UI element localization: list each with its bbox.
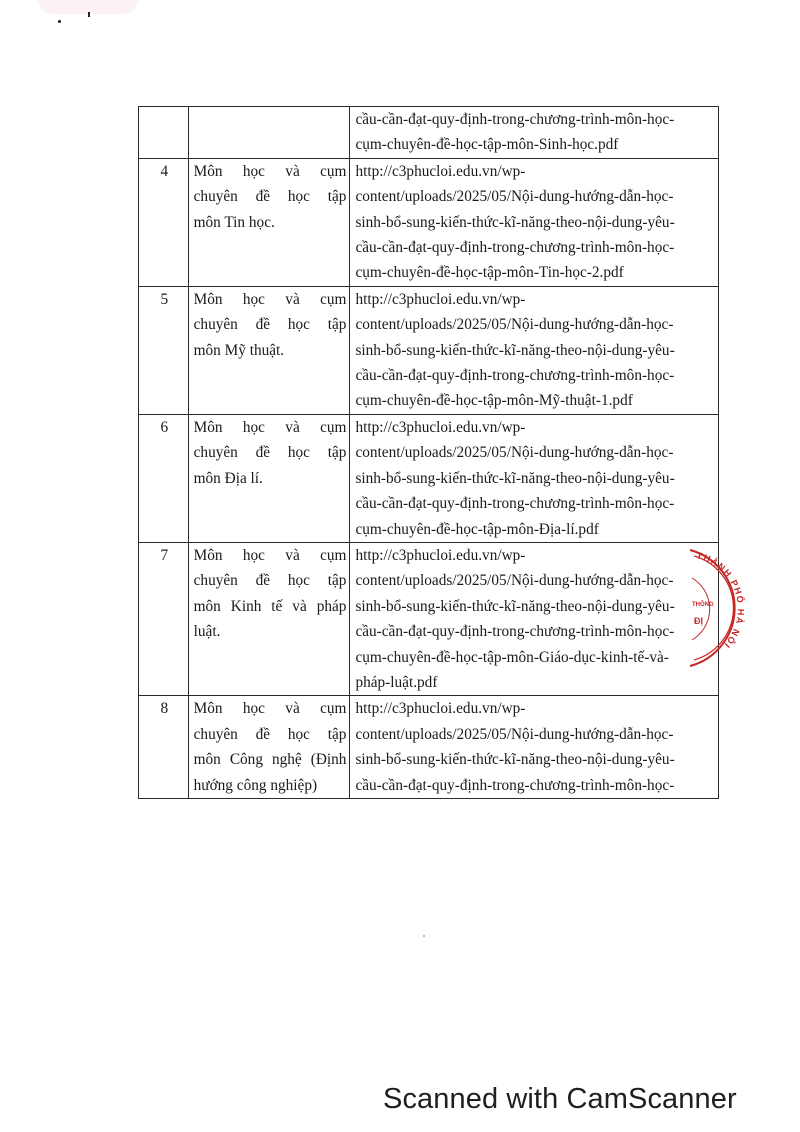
subject-line: môn Kinh tế và pháp: [194, 594, 347, 619]
document-url-line: cầu-cần-đạt-quy-định-trong-chương-trình-…: [355, 363, 715, 388]
subject-line: môn Công nghệ (Định: [194, 747, 347, 772]
scan-speck: [423, 935, 425, 937]
subject-line: chuyên đề học tập: [194, 184, 347, 209]
subject-line: Môn học và cụm: [194, 543, 347, 568]
document-link-cell: http://c3phucloi.edu.vn/wp-content/uploa…: [350, 542, 719, 695]
row-number: 7: [139, 542, 189, 695]
document-url-line: http://c3phucloi.edu.vn/wp-: [355, 696, 715, 721]
table-row: 4Môn học và cụmchuyên đề học tậpmôn Tin …: [139, 158, 719, 286]
document-url-line: cầu-cần-đạt-quy-định-trong-chương-trình-…: [355, 619, 715, 644]
table-row: 6Môn học và cụmchuyên đề học tậpmôn Địa …: [139, 414, 719, 542]
document-table: cầu-cần-đạt-quy-định-trong-chương-trình-…: [138, 106, 719, 799]
row-number: [139, 107, 189, 159]
table-row: 5Môn học và cụmchuyên đề học tậpmôn Mỹ t…: [139, 286, 719, 414]
document-table-body: cầu-cần-đạt-quy-định-trong-chương-trình-…: [139, 107, 719, 799]
subject-line: chuyên đề học tập: [194, 440, 347, 465]
document-url-line: http://c3phucloi.edu.vn/wp-: [355, 287, 715, 312]
subject-cell: [188, 107, 350, 159]
document-url-line: sinh-bổ-sung-kiến-thức-kĩ-năng-theo-nội-…: [355, 338, 715, 363]
subject-line: Môn học và cụm: [194, 415, 347, 440]
subject-cell: Môn học và cụmchuyên đề học tậpmôn Công …: [188, 696, 350, 799]
document-url-line: http://c3phucloi.edu.vn/wp-: [355, 159, 715, 184]
document-url-line: pháp-luật.pdf: [355, 670, 715, 695]
table-row: cầu-cần-đạt-quy-định-trong-chương-trình-…: [139, 107, 719, 159]
camscanner-watermark: Scanned with CamScanner: [383, 1083, 737, 1116]
subject-line: Môn học và cụm: [194, 159, 347, 184]
row-number: 6: [139, 414, 189, 542]
document-url-line: cụm-chuyên-đề-học-tập-môn-Sinh-học.pdf: [355, 132, 715, 157]
row-number: 8: [139, 696, 189, 799]
document-url-line: cầu-cần-đạt-quy-định-trong-chương-trình-…: [355, 235, 715, 260]
subject-line: Môn học và cụm: [194, 287, 347, 312]
document-url-line: http://c3phucloi.edu.vn/wp-: [355, 415, 715, 440]
document-url-line: content/uploads/2025/05/Nội-dung-hướng-d…: [355, 568, 715, 593]
subject-cell: Môn học và cụmchuyên đề học tậpmôn Mỹ th…: [188, 286, 350, 414]
scan-speck: [88, 12, 90, 17]
document-link-cell: http://c3phucloi.edu.vn/wp-content/uploa…: [350, 414, 719, 542]
row-number: 5: [139, 286, 189, 414]
document-url-line: cầu-cần-đạt-quy-định-trong-chương-trình-…: [355, 773, 715, 798]
subject-cell: Môn học và cụmchuyên đề học tậpmôn Kinh …: [188, 542, 350, 695]
document-url-line: content/uploads/2025/05/Nội-dung-hướng-d…: [355, 184, 715, 209]
document-url-line: sinh-bổ-sung-kiến-thức-kĩ-năng-theo-nội-…: [355, 747, 715, 772]
row-number: 4: [139, 158, 189, 286]
subject-cell: Môn học và cụmchuyên đề học tậpmôn Tin h…: [188, 158, 350, 286]
document-url-line: cụm-chuyên-đề-học-tập-môn-Địa-lí.pdf: [355, 517, 715, 542]
document-url-line: content/uploads/2025/05/Nội-dung-hướng-d…: [355, 312, 715, 337]
document-url-line: sinh-bổ-sung-kiến-thức-kĩ-năng-theo-nội-…: [355, 594, 715, 619]
document-url-line: sinh-bổ-sung-kiến-thức-kĩ-năng-theo-nội-…: [355, 466, 715, 491]
document-url-line: content/uploads/2025/05/Nội-dung-hướng-d…: [355, 440, 715, 465]
document-url-line: sinh-bổ-sung-kiến-thức-kĩ-năng-theo-nội-…: [355, 210, 715, 235]
document-url-line: cầu-cần-đạt-quy-định-trong-chương-trình-…: [355, 491, 715, 516]
document-url-line: cụm-chuyên-đề-học-tập-môn-Tin-học-2.pdf: [355, 260, 715, 285]
document-url-line: cụm-chuyên-đề-học-tập-môn-Giáo-dục-kinh-…: [355, 645, 715, 670]
subject-line: chuyên đề học tập: [194, 722, 347, 747]
subject-line: môn Địa lí.: [194, 466, 347, 491]
document-url-line: cầu-cần-đạt-quy-định-trong-chương-trình-…: [355, 107, 715, 132]
scan-speck: [58, 20, 61, 23]
subject-line: môn Tin học.: [194, 210, 347, 235]
document-link-cell: http://c3phucloi.edu.vn/wp-content/uploa…: [350, 286, 719, 414]
subject-line: hướng công nghiệp): [194, 773, 347, 798]
document-link-cell: http://c3phucloi.edu.vn/wp-content/uploa…: [350, 696, 719, 799]
subject-line: môn Mỹ thuật.: [194, 338, 347, 363]
document-url-line: cụm-chuyên-đề-học-tập-môn-Mỹ-thuật-1.pdf: [355, 388, 715, 413]
subject-line: chuyên đề học tập: [194, 568, 347, 593]
table-row: 8Môn học và cụmchuyên đề học tậpmôn Công…: [139, 696, 719, 799]
document-link-cell: http://c3phucloi.edu.vn/wp-content/uploa…: [350, 158, 719, 286]
table-row: 7Môn học và cụmchuyên đề học tậpmôn Kinh…: [139, 542, 719, 695]
subject-line: chuyên đề học tập: [194, 312, 347, 337]
subject-line: luật.: [194, 619, 347, 644]
subject-line: Môn học và cụm: [194, 696, 347, 721]
document-url-line: http://c3phucloi.edu.vn/wp-: [355, 543, 715, 568]
document-url-line: content/uploads/2025/05/Nội-dung-hướng-d…: [355, 722, 715, 747]
document-link-cell: cầu-cần-đạt-quy-định-trong-chương-trình-…: [350, 107, 719, 159]
subject-cell: Môn học và cụmchuyên đề học tậpmôn Địa l…: [188, 414, 350, 542]
